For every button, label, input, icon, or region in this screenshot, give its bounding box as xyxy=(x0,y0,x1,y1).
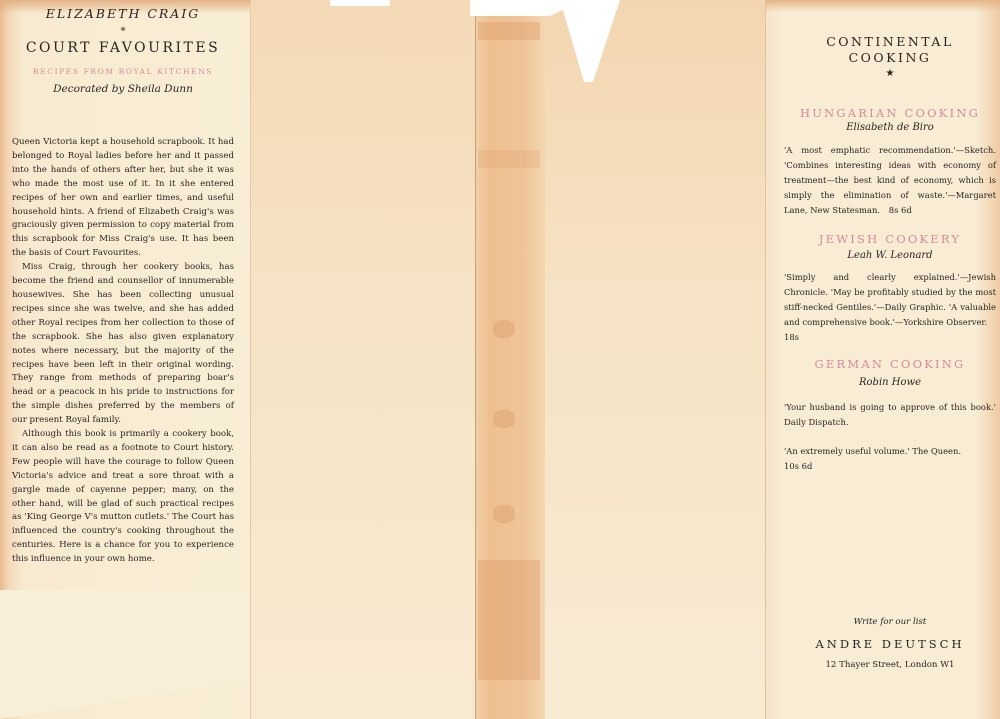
book-reviews: 'An extremely useful volume.' The Queen.… xyxy=(784,444,996,474)
review-text: 'Simply and clearly explained.'—Jewish C… xyxy=(784,272,996,327)
illustrator-credit: Decorated by Sheila Dunn xyxy=(12,83,234,95)
book-reviews: 'Simply and clearly explained.'—Jewish C… xyxy=(784,270,996,345)
book-price: 18s xyxy=(784,330,996,345)
flap-corner xyxy=(0,590,248,719)
book-title-german: GERMAN COOKING xyxy=(784,357,996,371)
book-review: 'Your husband is going to approve of thi… xyxy=(784,400,996,430)
book-subtitle: RECIPES FROM ROYAL KITCHENS xyxy=(12,67,234,76)
blurb-paragraph: Queen Victoria kept a household scrapboo… xyxy=(12,136,234,261)
book-title-hungarian: HUNGARIAN COOKING xyxy=(784,106,996,120)
author-name: ELIZABETH CRAIG xyxy=(12,6,234,21)
front-cover-panel xyxy=(545,0,765,719)
star-ornament: ★ xyxy=(784,68,996,79)
spine-stain xyxy=(478,22,540,40)
book-author: Leah W. Leonard xyxy=(784,250,996,261)
torn-edge xyxy=(470,0,570,16)
book-title-jewish: JEWISH COOKERY xyxy=(784,232,996,246)
publisher-name: ANDRE DEUTSCH xyxy=(784,637,996,651)
review-text: 'An extremely useful volume.' The Queen. xyxy=(784,444,996,459)
book-title: COURT FAVOURITES xyxy=(12,40,234,56)
blurb-paragraph: Although this book is primarily a cooker… xyxy=(12,428,234,567)
blurb-paragraph: Miss Craig, through her cookery books, h… xyxy=(12,261,234,428)
spine-stain xyxy=(493,410,515,428)
star-ornament: * xyxy=(12,26,234,37)
spine-stain xyxy=(493,320,515,338)
spine-label-fade xyxy=(478,560,540,680)
publisher-address: 12 Thayer Street, London W1 xyxy=(784,660,996,670)
book-author: Robin Howe xyxy=(784,377,996,388)
spine-stain xyxy=(478,150,540,168)
torn-edge xyxy=(330,0,390,6)
spine-stain xyxy=(493,505,515,523)
blurb-body: Queen Victoria kept a household scrapboo… xyxy=(12,136,234,567)
write-for-list: Write for our list xyxy=(784,617,996,627)
book-author: Elisabeth de Biro xyxy=(784,122,996,133)
back-cover-panel xyxy=(250,0,475,719)
book-reviews: 'A most emphatic recommendation.'—Sketch… xyxy=(784,143,996,218)
book-price: 10s 6d xyxy=(784,459,996,474)
book-price: 8s 6d xyxy=(889,205,912,215)
series-heading: COOKING xyxy=(784,50,996,65)
series-heading: CONTINENTAL xyxy=(784,34,996,49)
